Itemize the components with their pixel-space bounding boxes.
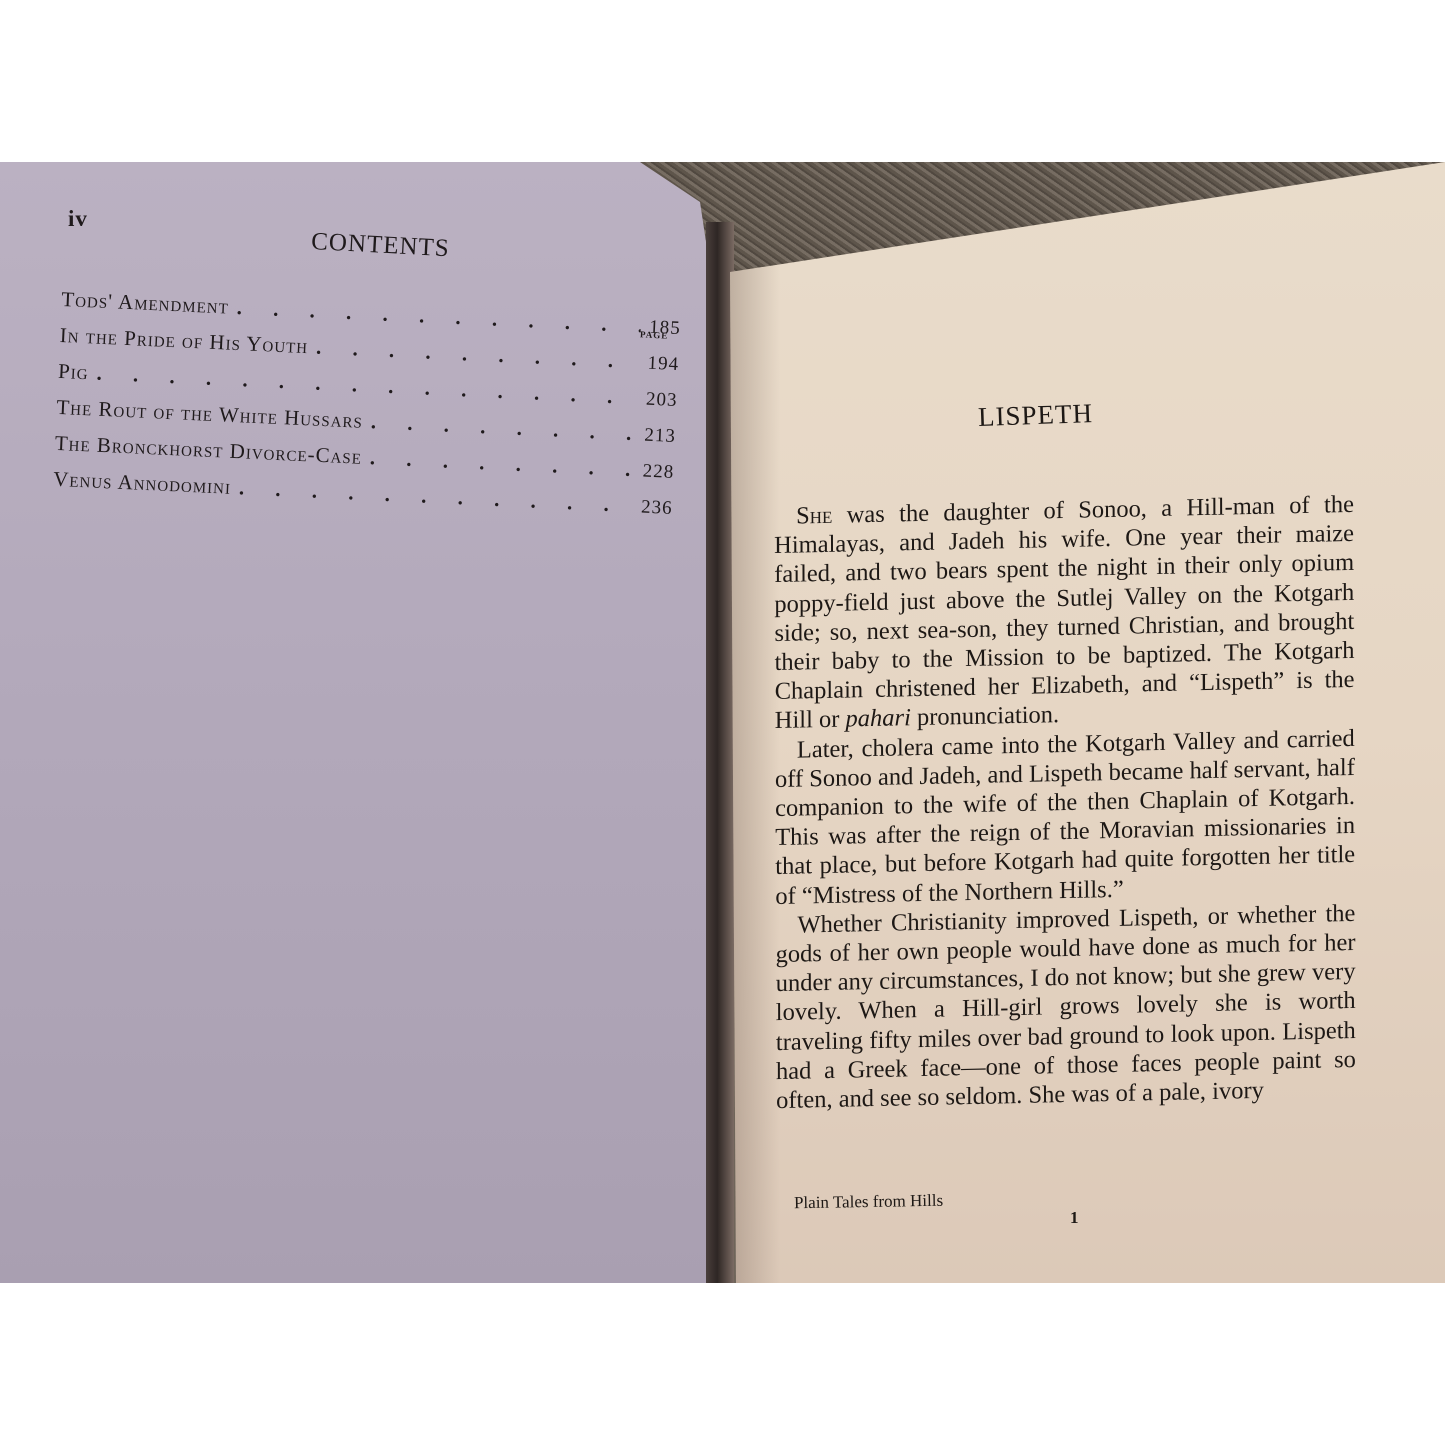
drop-lead: She bbox=[796, 502, 832, 530]
italic-word: pahari bbox=[845, 705, 910, 733]
entry-title: Pig bbox=[58, 359, 90, 385]
dot-leader: . . . . . . . . . . . . . . . . . . . . … bbox=[236, 295, 641, 338]
contents-list: Tods' Amendment . . . . . . . . . . . . … bbox=[52, 287, 681, 531]
story-page: LISPETH She was the daughter of Sonoo, a… bbox=[720, 162, 1445, 1283]
chapter-title: LISPETH bbox=[977, 398, 1093, 433]
book-photo: iv CONTENTS PAGE Tods' Amendment . . . .… bbox=[0, 162, 1445, 1283]
entry-page: 213 bbox=[643, 425, 676, 448]
entry-page: 203 bbox=[645, 389, 678, 412]
paragraph: She was the daughter of Sonoo, a Hill-ma… bbox=[774, 490, 1355, 736]
paragraph: Whether Christianity improved Lispeth, o… bbox=[775, 899, 1356, 1116]
story-body: She was the daughter of Sonoo, a Hill-ma… bbox=[774, 490, 1356, 1116]
contents-page: iv CONTENTS PAGE Tods' Amendment . . . .… bbox=[0, 162, 710, 1283]
entry-page: 194 bbox=[647, 353, 680, 376]
paragraph: Later, cholera came into the Kotgarh Val… bbox=[775, 724, 1355, 911]
running-footer: Plain Tales from Hills bbox=[794, 1191, 943, 1214]
entry-page: 185 bbox=[648, 317, 681, 340]
entry-page: 236 bbox=[640, 496, 673, 519]
page-number: 1 bbox=[1070, 1208, 1079, 1228]
contents-title: CONTENTS bbox=[311, 228, 451, 263]
entry-title: Tods' Amendment bbox=[61, 287, 230, 320]
folio-number: iv bbox=[68, 206, 88, 232]
entry-page: 228 bbox=[642, 461, 675, 484]
